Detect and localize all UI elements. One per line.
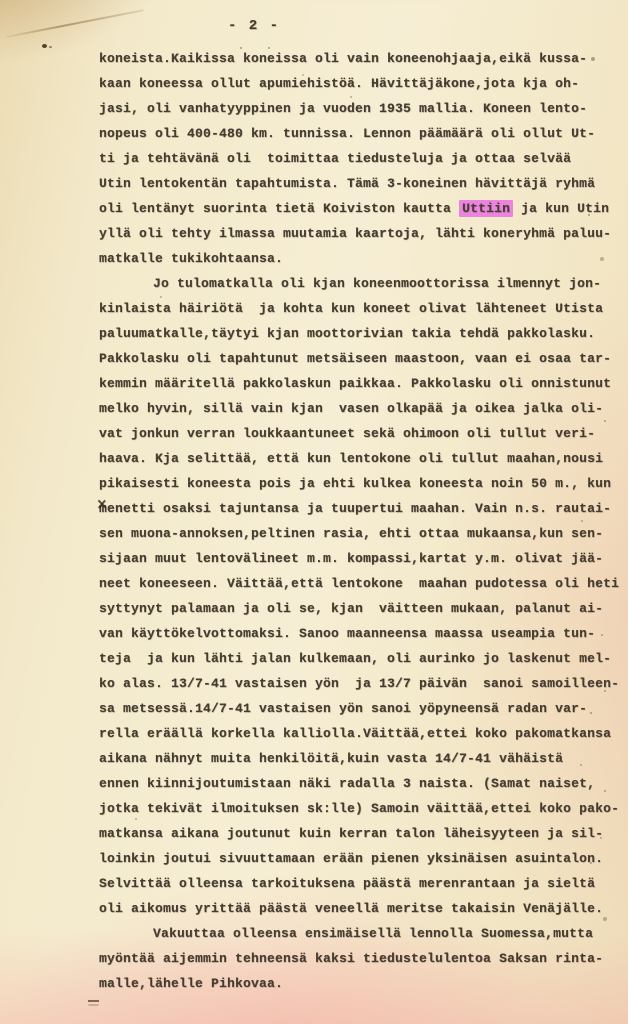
text-run: ko alas. 13/7-41 vastaisen yön ja 13/7 p… — [99, 676, 619, 691]
document-body: koneista.Kaikissa koneissa oli vain kone… — [99, 46, 619, 996]
text-run: sijaan muut lentovälineet m.m. kompassi,… — [99, 551, 603, 566]
document-line: menetti osaksi tajuntansa ja tuupertui m… — [99, 496, 619, 521]
ink-blot — [42, 44, 47, 48]
document-line: pikaisesti koneesta pois ja ehti kulkea … — [99, 471, 619, 496]
document-line: vat jonkun verran loukkaantuneet sekä oh… — [99, 421, 619, 446]
text-run: kaan koneessa ollut apumiehistöä. Hävitt… — [99, 76, 579, 91]
text-run: matkansa aikana joutunut kuin kerran tal… — [99, 826, 603, 841]
text-run: ti ja tehtävänä oli toimittaa tiedustelu… — [99, 151, 571, 166]
text-run: oli lentänyt suorinta tietä Koiviston ka… — [99, 201, 459, 216]
text-run: haava. Kja selittää, että kun lentokone … — [99, 451, 603, 466]
document-line: koneista.Kaikissa koneissa oli vain kone… — [99, 46, 619, 71]
document-line: ko alas. 13/7-41 vastaisen yön ja 13/7 p… — [99, 671, 619, 696]
text-run: aikana nähnyt muita henkilöitä,kuin vast… — [99, 751, 563, 766]
text-run: sen muona-annoksen,peltinen rasia, ehti … — [99, 526, 603, 541]
text-run: nopeus oli 400-480 km. tunnissa. Lennon … — [99, 126, 595, 141]
text-run: kinlaista häiriötä ja kohta kun koneet o… — [99, 301, 603, 316]
document-line: haava. Kja selittää, että kun lentokone … — [99, 446, 619, 471]
document-line: melko hyvin, sillä vain kjan vasen olkap… — [99, 396, 619, 421]
document-line: yllä oli tehty ilmassa muutamia kaartoja… — [99, 221, 619, 246]
text-run: Jo tulomatkalla oli kjan koneenmoottoris… — [153, 276, 601, 291]
text-run: teja ja kun lähti jalan kulkemaan, oli a… — [99, 651, 611, 666]
scan-speckles — [0, 0, 2, 2]
text-run: ja kun Utin — [513, 201, 609, 216]
text-run: oli aikomus yrittää päästä veneellä meri… — [99, 901, 603, 916]
document-line: ti ja tehtävänä oli toimittaa tiedustelu… — [99, 146, 619, 171]
text-run: malle,lähelle Pihkovaa. — [99, 976, 283, 991]
text-run: sa metsessä.14/7-41 vastaisen yön sanoi … — [99, 701, 587, 716]
text-run: Pakkolasku oli tapahtunut metsäiseen maa… — [99, 351, 611, 366]
document-line: sa metsessä.14/7-41 vastaisen yön sanoi … — [99, 696, 619, 721]
document-line: nopeus oli 400-480 km. tunnissa. Lennon … — [99, 121, 619, 146]
text-run: neet koneeseen. Väittää,että lentokone m… — [99, 576, 619, 591]
document-line: Pakkolasku oli tapahtunut metsäiseen maa… — [99, 346, 619, 371]
document-line: kaan koneessa ollut apumiehistöä. Hävitt… — [99, 71, 619, 96]
document-line: sen muona-annoksen,peltinen rasia, ehti … — [99, 521, 619, 546]
document-line: Vakuuttaa olleensa ensimäisellä lennolla… — [99, 921, 619, 946]
document-line: oli lentänyt suorinta tietä Koiviston ka… — [99, 196, 619, 221]
text-run: jasi, oli vanhatyyppinen ja vuoden 1935 … — [99, 101, 587, 116]
text-run: pikaisesti koneesta pois ja ehti kulkea … — [99, 476, 611, 491]
document-line: syttynyt palamaan ja oli se, kjan väitte… — [99, 596, 619, 621]
paper-crease-mark — [6, 9, 144, 37]
text-run: Utin lentokentän tapahtumista. Tämä 3-ko… — [99, 176, 595, 191]
text-run: van käyttökelvottomaksi. Sanoo maanneens… — [99, 626, 595, 641]
document-line: myöntää aijemmin tehneensä kaksi tiedust… — [99, 946, 619, 971]
document-line: sijaan muut lentovälineet m.m. kompassi,… — [99, 546, 619, 571]
text-run: paluumatkalle,täytyi kjan moottorivian t… — [99, 326, 595, 341]
text-run: menetti osaksi tajuntansa ja tuupertui m… — [99, 501, 611, 516]
document-line: Utin lentokentän tapahtumista. Tämä 3-ko… — [99, 171, 619, 196]
text-run: syttynyt palamaan ja oli se, kjan väitte… — [99, 601, 603, 616]
document-line: oli aikomus yrittää päästä veneellä meri… — [99, 896, 619, 921]
document-line: Jo tulomatkalla oli kjan koneenmoottoris… — [99, 271, 619, 296]
document-line: jasi, oli vanhatyyppinen ja vuoden 1935 … — [99, 96, 619, 121]
handwritten-correction-mark — [97, 499, 106, 508]
text-run: jotka tekivät ilmoituksen sk:lle) Samoin… — [99, 801, 619, 816]
text-run: myöntää aijemmin tehneensä kaksi tiedust… — [99, 951, 603, 966]
document-line: neet koneeseen. Väittää,että lentokone m… — [99, 571, 619, 596]
text-run: rella eräällä korkella kalliolla.Väittää… — [99, 726, 611, 741]
document-line: kinlaista häiriötä ja kohta kun koneet o… — [99, 296, 619, 321]
document-line: kemmin määritellä pakkolaskun paikkaa. P… — [99, 371, 619, 396]
pencil-tick-mark — [88, 1000, 99, 1002]
text-run: yllä oli tehty ilmassa muutamia kaartoja… — [99, 226, 611, 241]
document-line: ennen kiinnijoutumistaan näki radalla 3 … — [99, 771, 619, 796]
text-run: Selvittää olleensa tarkoituksena päästä … — [99, 876, 595, 891]
text-run: melko hyvin, sillä vain kjan vasen olkap… — [99, 401, 603, 416]
document-line: paluumatkalle,täytyi kjan moottorivian t… — [99, 321, 619, 346]
text-run: ennen kiinnijoutumistaan näki radalla 3 … — [99, 776, 595, 791]
document-line: loinkin joutui sivuuttamaan erään pienen… — [99, 846, 619, 871]
document-line: teja ja kun lähti jalan kulkemaan, oli a… — [99, 646, 619, 671]
text-run: Vakuuttaa olleensa ensimäisellä lennolla… — [153, 926, 593, 941]
document-line: jotka tekivät ilmoituksen sk:lle) Samoin… — [99, 796, 619, 821]
text-run: koneista.Kaikissa koneissa oli vain kone… — [99, 51, 587, 66]
document-line: Selvittää olleensa tarkoituksena päästä … — [99, 871, 619, 896]
text-run: loinkin joutui sivuuttamaan erään pienen… — [99, 851, 603, 866]
document-line: rella eräällä korkella kalliolla.Väittää… — [99, 721, 619, 746]
text-run: vat jonkun verran loukkaantuneet sekä oh… — [99, 426, 595, 441]
text-run: matkalle tukikohtaansa. — [99, 251, 283, 266]
highlighted-text: Uttiin — [459, 200, 513, 217]
page-number: - 2 - — [228, 18, 280, 34]
scanned-document-page: - 2 - koneista.Kaikissa koneissa oli vai… — [0, 0, 628, 1024]
document-line: van käyttökelvottomaksi. Sanoo maanneens… — [99, 621, 619, 646]
document-line: malle,lähelle Pihkovaa. — [99, 971, 619, 996]
text-run: kemmin määritellä pakkolaskun paikkaa. P… — [99, 376, 611, 391]
document-line: matkalle tukikohtaansa. — [99, 246, 619, 271]
document-line: aikana nähnyt muita henkilöitä,kuin vast… — [99, 746, 619, 771]
document-line: matkansa aikana joutunut kuin kerran tal… — [99, 821, 619, 846]
